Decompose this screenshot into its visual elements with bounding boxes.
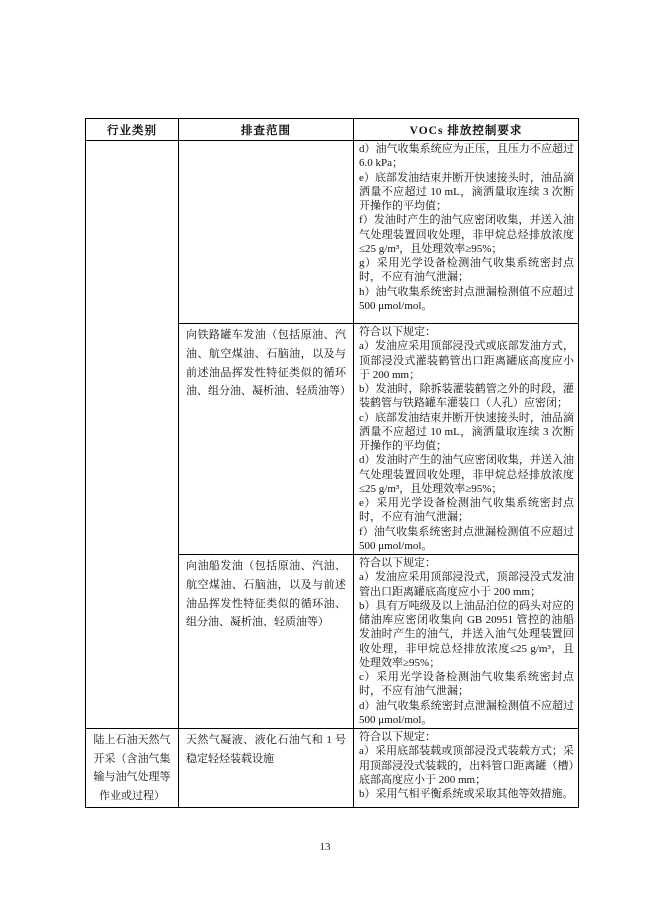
requirement-intro: 符合以下规定： <box>359 325 574 339</box>
scope-cell-oil-ship: 向油船发油（包括原油、汽油、航空煤油、石脑油，以及与前述油品挥发性特征类似的循环… <box>179 555 354 729</box>
requirement-item-e: e）底部发油结束并断开快速接头时，油品滴洒量不应超过 10 mL，滴洒量取连续 … <box>359 171 574 214</box>
table-row-onshore-oil-gas: 陆上石油天然气开采（含油气集输与油气处理等作业或过程） 天然气凝液、液化石油气和… <box>86 729 579 808</box>
requirement-item-d: d）油气收集系统密封点泄漏检测值不应超过 500 μmol/mol。 <box>359 699 574 728</box>
requirement-item-d: d）油气收集系统应为正压，且压力不应超过 6.0 kPa； <box>359 142 574 171</box>
requirement-item-d: d）发油时产生的油气应密闭收集，并送入油气处理装置回收处理，非甲烷总烃排放浓度≤… <box>359 453 574 496</box>
requirement-item-a: a）采用底部装载或顶部浸没式装载方式；采用顶部浸没式装载的，出料管口距离罐（槽）… <box>359 744 574 787</box>
col-header-inspection-scope: 排查范围 <box>179 119 354 141</box>
requirement-intro: 符合以下规定： <box>359 556 574 570</box>
requirements-cell-rail-tanker: 符合以下规定： a）发油应采用顶部浸没式或底部发油方式，顶部浸没式灌装鹤管出口距… <box>354 324 579 555</box>
col-header-industry-category: 行业类别 <box>86 119 179 141</box>
requirement-item-g: g）采用光学设备检测油气收集系统密封点时，不应有油气泄漏； <box>359 256 574 285</box>
col-header-vocs-requirements: VOCs 排放控制要求 <box>354 119 579 141</box>
requirement-item-e: e）采用光学设备检测油气收集系统密封点时，不应有油气泄漏； <box>359 496 574 525</box>
requirements-cell-loading-facility: 符合以下规定： a）采用底部装载或顶部浸没式装载方式；采用顶部浸没式装载的，出料… <box>354 729 579 808</box>
requirement-item-h: h）油气收集系统密封点泄漏检测值不应超过 500 μmol/mol。 <box>359 285 574 314</box>
requirement-item-c: c）采用光学设备检测油气收集系统密封点时，不应有油气泄漏； <box>359 670 574 699</box>
vocs-control-requirements-table: 行业类别 排查范围 VOCs 排放控制要求 d）油气收集系统应为正压，且压力不应… <box>85 118 579 808</box>
scope-cell-rail-tanker: 向铁路罐车发油（包括原油、汽油、航空煤油、石脑油，以及与前述油品挥发性特征类似的… <box>179 324 354 555</box>
requirement-item-a: a）发油应采用顶部浸没式或底部发油方式，顶部浸没式灌装鹤管出口距离罐底高度应小于… <box>359 339 574 382</box>
requirement-item-c: c）底部发油结束并断开快速接头时，油品滴洒量不应超过 10 mL，滴洒量取连续 … <box>359 411 574 454</box>
industry-cell-merged-empty <box>86 141 179 729</box>
requirement-item-f: f）油气收集系统密封点泄漏检测值不应超过 500 μmol/mol。 <box>359 525 574 554</box>
requirement-item-b: b）采用气相平衡系统或采取其他等效措施。 <box>359 787 574 801</box>
scope-cell-loading-facility: 天然气凝液、液化石油气和 1 号稳定轻烃装载设施 <box>179 729 354 808</box>
industry-cell-onshore-oil-gas: 陆上石油天然气开采（含油气集输与油气处理等作业或过程） <box>86 729 179 808</box>
requirement-item-f: f）发油时产生的油气应密闭收集，并送入油气处理装置回收处理，非甲烷总烃排放浓度≤… <box>359 213 574 256</box>
requirement-item-a: a）发油应采用顶部浸没式，顶部浸没式发油管出口距离罐底高度应小于 200 mm； <box>359 570 574 599</box>
requirements-cell-oil-ship: 符合以下规定： a）发油应采用顶部浸没式，顶部浸没式发油管出口距离罐底高度应小于… <box>354 555 579 729</box>
requirements-cell-continuation: d）油气收集系统应为正压，且压力不应超过 6.0 kPa； e）底部发油结束并断… <box>354 141 579 324</box>
requirement-item-b: b）具有万吨级及以上油品泊位的码头对应的储油库应密闭收集向 GB 20951 管… <box>359 599 574 670</box>
requirement-item-b: b）发油时，除拆装灌装鹤管之外的时段，灌装鹤管与铁路罐车灌装口（人孔）应密闭； <box>359 382 574 411</box>
page-number: 13 <box>0 841 650 853</box>
table-header-row: 行业类别 排查范围 VOCs 排放控制要求 <box>86 119 579 141</box>
scope-cell-empty <box>179 141 354 324</box>
requirement-intro: 符合以下规定： <box>359 730 574 744</box>
table-row-continuation: d）油气收集系统应为正压，且压力不应超过 6.0 kPa； e）底部发油结束并断… <box>86 141 579 324</box>
document-page: 行业类别 排查范围 VOCs 排放控制要求 d）油气收集系统应为正压，且压力不应… <box>0 0 650 919</box>
